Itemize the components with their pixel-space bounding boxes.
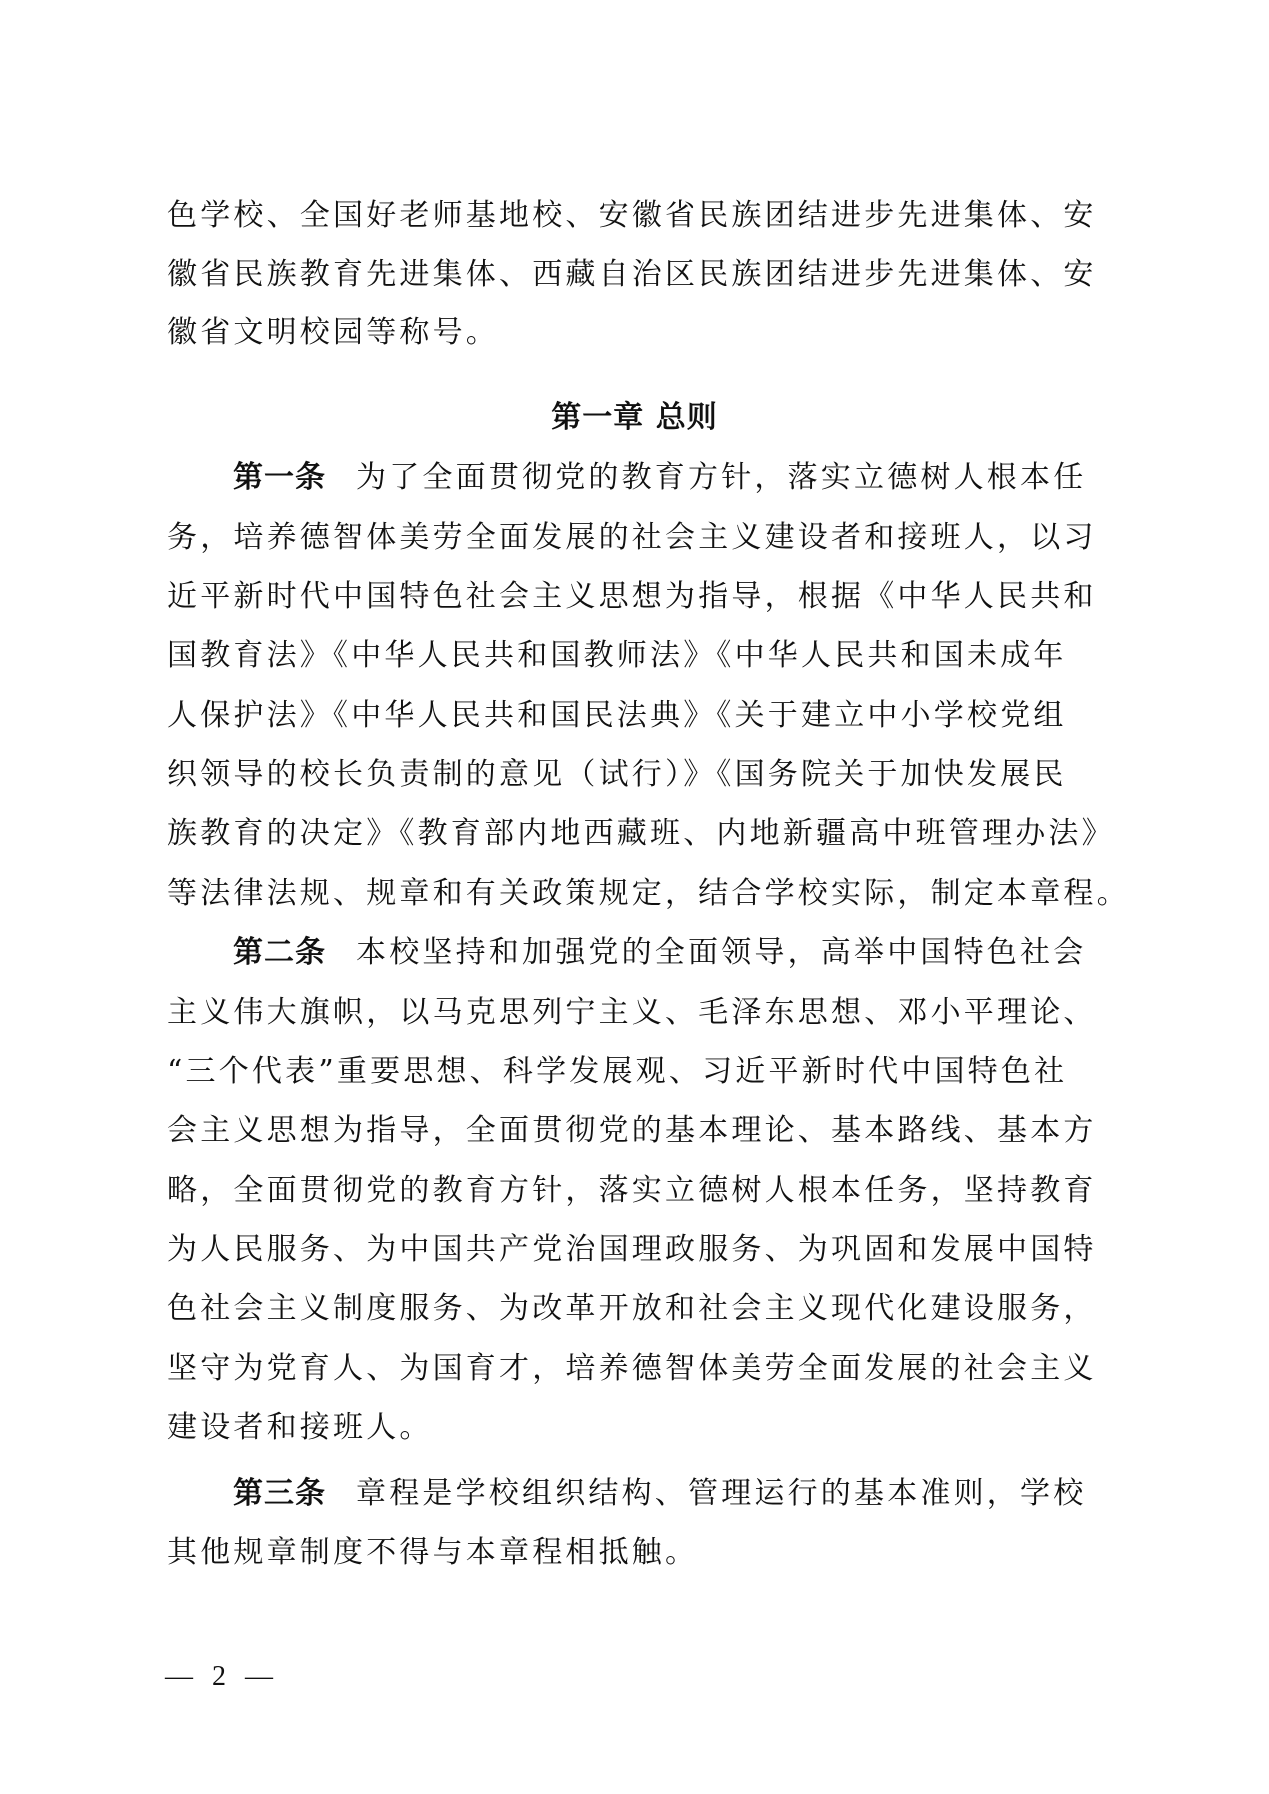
article-2-line: 为人民服务、为中国共产党治国理政服务、为巩固和发展中国特 <box>167 1230 1107 1270</box>
article-1-line: 人保护法》《中华人民共和国民法典》《关于建立中小学校党组 <box>167 696 1107 736</box>
article-label: 第二条 <box>233 935 326 970</box>
article-2-line: “三个代表”重要思想、科学发展观、习近平新时代中国特色社 <box>167 1052 1107 1092</box>
article-2-line: 色社会主义制度服务、为改革开放和社会主义现代化建设服务， <box>167 1289 1107 1329</box>
article-1-line: 近平新时代中国特色社会主义思想为指导，根据《中华人民共和 <box>167 577 1107 617</box>
article-2-line: 会主义思想为指导，全面贯彻党的基本理论、基本路线、基本方 <box>167 1111 1107 1151</box>
chapter-title: 第一章 总则 <box>0 398 1269 438</box>
article-1-line: 织领导的校长负责制的意见（试行）》《国务院关于加快发展民 <box>167 755 1107 795</box>
article-2-line: 略，全面贯彻党的教育方针，落实立德树人根本任务，坚持教育 <box>167 1171 1107 1211</box>
article-2-line: 坚守为党育人、为国育才，培养德智体美劳全面发展的社会主义 <box>167 1349 1107 1389</box>
article-text: 章程是学校组织结构、管理运行的基本准则，学校 <box>356 1476 1086 1511</box>
article-2-first-line: 第二条本校坚持和加强党的全面领导，高举中国特色社会 <box>233 933 1173 973</box>
article-label: 第三条 <box>233 1476 326 1511</box>
intro-line: 色学校、全国好老师基地校、安徽省民族团结进步先进集体、安 <box>167 196 1107 236</box>
article-text: 为了全面贯彻党的教育方针，落实立德树人根本任 <box>356 460 1086 495</box>
document-page: 色学校、全国好老师基地校、安徽省民族团结进步先进集体、安 徽省民族教育先进集体、… <box>0 0 1269 1794</box>
article-2-line: 主义伟大旗帜，以马克思列宁主义、毛泽东思想、邓小平理论、 <box>167 993 1107 1033</box>
article-text: 本校坚持和加强党的全面领导，高举中国特色社会 <box>356 935 1086 970</box>
page-number: — 2 — <box>165 1659 279 1695</box>
article-1-line: 族教育的决定》《教育部内地西藏班、内地新疆高中班管理办法》 <box>167 814 1107 854</box>
intro-line: 徽省民族教育先进集体、西藏自治区民族团结进步先进集体、安 <box>167 255 1107 295</box>
article-1-line: 等法律法规、规章和有关政策规定，结合学校实际，制定本章程。 <box>167 874 1107 914</box>
article-3-first-line: 第三条章程是学校组织结构、管理运行的基本准则，学校 <box>233 1474 1173 1514</box>
article-1-line: 务，培养德智体美劳全面发展的社会主义建设者和接班人，以习 <box>167 518 1107 558</box>
article-3-line: 其他规章制度不得与本章程相抵触。 <box>167 1533 1107 1573</box>
article-2-line: 建设者和接班人。 <box>167 1408 1107 1448</box>
article-1-line: 国教育法》《中华人民共和国教师法》《中华人民共和国未成年 <box>167 636 1107 676</box>
article-label: 第一条 <box>233 460 326 495</box>
article-1-first-line: 第一条为了全面贯彻党的教育方针，落实立德树人根本任 <box>233 458 1173 498</box>
intro-line: 徽省文明校园等称号。 <box>167 313 1107 353</box>
